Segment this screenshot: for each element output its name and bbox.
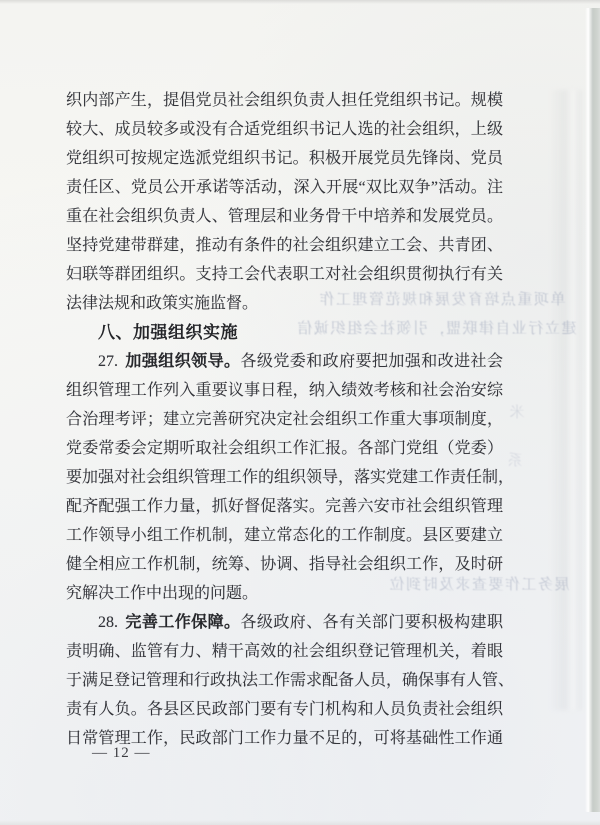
paper-crease — [550, 90, 584, 710]
body-line: 法律法规和政策实施监督。 — [66, 289, 503, 318]
bleedthrough-mark: 米 — [508, 404, 525, 422]
body-line: 究解决工作中出现的问题。 — [66, 579, 503, 608]
document-text-block: 织内部产生，提倡党员社会组织负责人担任党组织书记。规模 较大、成员较多或没有合适… — [66, 86, 503, 753]
scan-right-edge — [585, 8, 600, 812]
paragraph-number: 27. — [98, 353, 118, 370]
body-line: 配齐配强工作力量，抓好督促落实。完善六安市社会组织管理 — [66, 492, 503, 521]
body-line: 要加强对社会组织管理工作的组织领导，落实党建工作责任制， — [66, 463, 503, 492]
body-text: 各级党委和政府要把加强和改进社会 — [240, 353, 503, 370]
body-line: 组织管理工作列入重要议事日程，纳入绩效考核和社会治安综 — [66, 376, 503, 405]
paragraph-title: 加强组织领导。 — [125, 353, 240, 370]
body-line: 重在社会组织负责人、管理层和业务骨干中培养和发展党员。 — [66, 202, 503, 231]
body-line: 织内部产生，提倡党员社会组织负责人担任党组织书记。规模 — [66, 86, 503, 115]
body-line: 于满足登记管理和行政执法工作需求配备人员，确保事有人管、 — [66, 666, 503, 695]
paragraph-title: 完善工作保障。 — [125, 614, 240, 631]
section-heading: 八、加强组织实施 — [66, 318, 503, 347]
body-line: 合治理考评；建立完善研究决定社会组织工作重大事项制度， — [66, 405, 503, 434]
page-number: — 12 — — [92, 745, 151, 762]
bleedthrough-mark: 系 — [506, 452, 523, 470]
body-line: 党组织可按规定选派党组织书记。积极开展党员先锋岗、党员 — [66, 144, 503, 173]
body-line: 责明确、监管有力、精干高效的社会组织登记管理机关，着眼 — [66, 637, 503, 666]
scanned-document-page: 单项重点培育发展和规范管理工作 建立行业自律联盟，引领社会组织诚信 展务工作要查… — [0, 0, 600, 825]
body-line: 党委常委会定期听取社会组织工作汇报。各部门党组（党委） — [66, 434, 503, 463]
body-line: 责有人负。各县区民政部门要有专门机构和人员负责社会组织 — [66, 695, 503, 724]
body-line: 较大、成员较多或没有合适党组织书记人选的社会组织，上级 — [66, 115, 503, 144]
body-line: 健全相应工作机制，统筹、协调、指导社会组织工作，及时研 — [66, 550, 503, 579]
paragraph-28-first-line: 28.完善工作保障。各级政府、各有关部门要积极构建职 — [66, 608, 503, 637]
body-line: 妇联等群团组织。支持工会代表职工对社会组织贯彻执行有关 — [66, 260, 503, 289]
paragraph-27-first-line: 27.加强组织领导。各级党委和政府要把加强和改进社会 — [66, 347, 503, 376]
paragraph-number: 28. — [98, 614, 118, 631]
scan-bottom-edge — [0, 820, 600, 825]
body-line: 责任区、党员公开承诺等活动，深入开展“双比双争”活动。注 — [66, 173, 503, 202]
body-text: 各级政府、各有关部门要积极构建职 — [240, 614, 503, 631]
scan-top-edge — [0, 0, 600, 4]
body-line: 坚持党建带群建，推动有条件的社会组织建立工会、共青团、 — [66, 231, 503, 260]
body-line: 工作领导小组工作机制，建立常态化的工作制度。县区要建立 — [66, 521, 503, 550]
